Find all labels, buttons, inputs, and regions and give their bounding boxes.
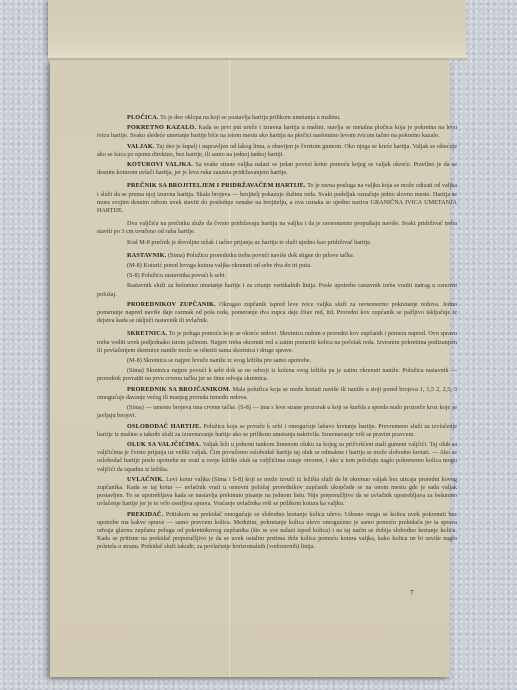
paragraph: KOTUROVI VALJKA. Sa svake strane valjka … xyxy=(97,161,457,177)
paragraph-text: To je deo oklopa na koji se postavlja ha… xyxy=(160,114,341,121)
paragraph-text: Rastavnik služi za bešumno umetanje hart… xyxy=(97,282,457,297)
term-heading: POKRETNO KAZALO. xyxy=(127,124,196,131)
paragraph: Kod M-8 prečnik je dovoljno težak i tačn… xyxy=(97,239,457,247)
paragraph: POKRETNO KAZALO. Kada se prvi put uruče … xyxy=(97,124,457,140)
document-body: PLOČICA. To je deo oklopa na koji se pos… xyxy=(97,114,457,554)
paragraph-text: (Sima) Skretnica najpre povući k sebi do… xyxy=(97,367,457,382)
paragraph: PREČNIK SA BROJITELJEM I PRIDRŽAVAČEM HA… xyxy=(97,182,457,215)
term-heading: PREKIDAČ. xyxy=(127,511,163,518)
paragraph-text: Kod M-8 prečnik je dovoljno težak i tačn… xyxy=(127,239,372,246)
paragraph: PROREDNIKOV ZUPČANIK. Okrugao zupčanik i… xyxy=(97,301,457,326)
term-heading: PLOČICA. xyxy=(127,114,159,121)
paragraph: Rastavnik služi za bešumno umetanje hart… xyxy=(97,282,457,298)
paragraph: UVLAČNIK. Levi kotur valjka (Sima i S-8)… xyxy=(97,476,457,509)
term-heading: VALJAK. xyxy=(127,143,155,150)
paragraph: OSLOBODAČ HARTIJE. Polužica koja se povu… xyxy=(97,423,457,439)
paragraph: (S-8) Polužicu rastavnika povući k sebi. xyxy=(97,272,457,280)
paragraph-text: Dva valjčića na prečniku služe da čvrsto… xyxy=(97,220,457,235)
paragraph-text: (Sima) Polužicu proredniku treba povući … xyxy=(168,252,354,259)
term-heading: SKRETNICA. xyxy=(127,330,167,337)
paragraph-text: (M-8) Skretnica se najpre levuče naniže … xyxy=(127,357,311,364)
paragraph: (M-8) Skretnica se najpre levuče naniže … xyxy=(97,357,457,365)
paragraph: PREKIDAČ. Pritiskom na prekidač omogućuj… xyxy=(97,511,457,552)
term-heading: RASTAVNIK. xyxy=(127,252,166,259)
page-number: 7 xyxy=(410,589,414,597)
paragraph: (M-8) Koturić pored levoga kotura valjka… xyxy=(97,262,457,270)
paragraph-text: (Sima) — umesto brojeva ima crvene tačke… xyxy=(97,404,457,419)
paragraph: (Sima) — umesto brojeva ima crvene tačke… xyxy=(97,404,457,420)
paragraph: SKRETNICA. To je poluga pomoću koje se o… xyxy=(97,330,457,355)
term-heading: UVLAČNIK. xyxy=(127,476,164,483)
paragraph: Dva valjčića na prečniku služe da čvrsto… xyxy=(97,220,457,236)
term-heading: PROREDNIK SA BROJČANIKOM. xyxy=(127,386,231,393)
term-heading: PROREDNIKOV ZUPČANIK. xyxy=(127,301,216,308)
paragraph: VALJAK. Taj deo je šupalj i napravljen o… xyxy=(97,143,457,159)
term-heading: OLUK SA VALJČIĆIMA. xyxy=(127,441,201,448)
paragraph: (Sima) Skretnica najpre povući k sebi do… xyxy=(97,367,457,383)
folded-page-flap xyxy=(48,0,466,58)
term-heading: PREČNIK SA BROJITELJEM I PRIDRŽAVAČEM HA… xyxy=(127,182,306,189)
term-heading: OSLOBODAČ HARTIJE. xyxy=(127,423,201,430)
paragraph-text: (S-8) Polužicu rastavnika povući k sebi. xyxy=(127,272,226,279)
paragraph: PLOČICA. To je deo oklopa na koji se pos… xyxy=(97,114,457,122)
paragraph: OLUK SA VALJČIĆIMA. Valjak leži u jednom… xyxy=(97,441,457,474)
paragraph: PROREDNIK SA BROJČANIKOM. Mala polužica … xyxy=(97,386,457,402)
paragraph-text: (M-8) Koturić pored levoga kotura valjka… xyxy=(127,262,311,269)
paragraph: RASTAVNIK. (Sima) Polužicu proredniku tr… xyxy=(97,252,457,260)
term-heading: KOTUROVI VALJKA. xyxy=(127,161,193,168)
